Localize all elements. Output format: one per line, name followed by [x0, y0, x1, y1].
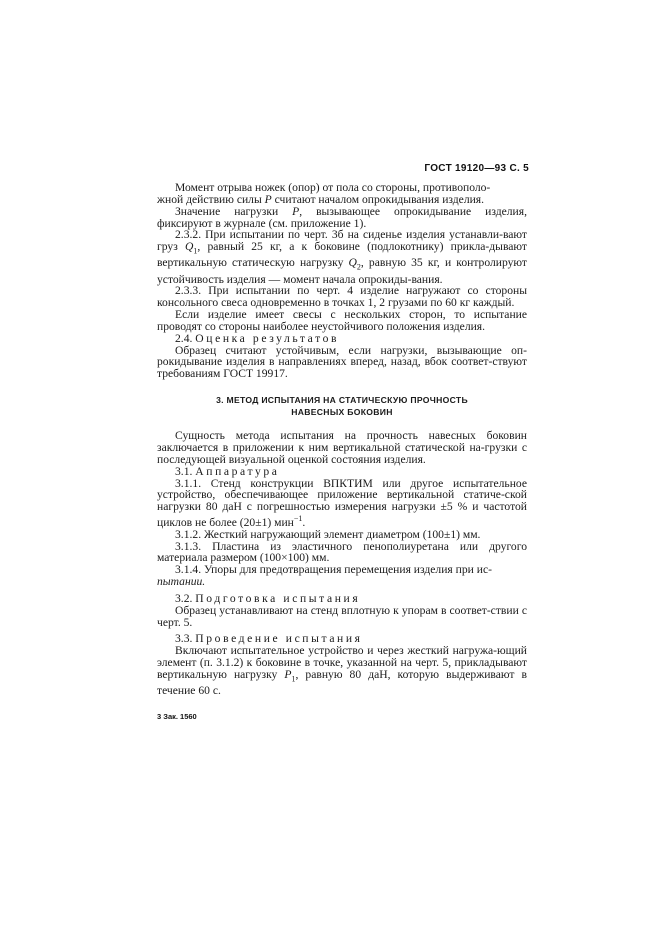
paragraph-2-3-3: 2.3.3. При испытании по черт. 4 изделие …: [157, 285, 527, 309]
running-header: ГОСТ 19120—93 С. 5: [0, 163, 529, 174]
heading-title: Оценка результатов: [195, 332, 339, 345]
section-3-title: 3. МЕТОД ИСПЫТАНИЯ НА СТАТИЧЕСКУЮ ПРОЧНО…: [157, 394, 527, 418]
paragraph-znachenie-nagruzki: Значение нагрузки P, вызывающее опрокиды…: [157, 206, 527, 230]
text: 3.1.4. Упоры для предотвращения перемеще…: [175, 563, 492, 576]
text: 3.1.1. Стенд конструкции ВПКТИМ или друг…: [157, 477, 527, 529]
paragraph-3-1-3: 3.1.3. Пластина из эластичного пенополиу…: [157, 541, 527, 565]
text: пытании.: [157, 575, 205, 588]
paragraph-3-1-2: 3.1.2. Жесткий нагружающий элемент диаме…: [157, 529, 527, 541]
paragraph-3-2: Образец устанавливают на стенд вплотную …: [157, 605, 527, 629]
paragraph-sushchnost: Сущность метода испытания на прочность н…: [157, 430, 527, 466]
paragraph-svesy: Если изделие имеет свесы с нескольких ст…: [157, 309, 527, 333]
paragraph-3-3: Включают испытательное устройство и чере…: [157, 645, 527, 697]
section-title-line: НАВЕСНЫХ БОКОВИН: [291, 407, 392, 417]
paragraph-3-1-4: 3.1.4. Упоры для предотвращения перемеще…: [157, 564, 527, 588]
heading-title: Подготовка испытания: [195, 592, 360, 605]
paragraph-3-1-1: 3.1.1. Стенд конструкции ВПКТИМ или друг…: [157, 478, 527, 529]
variable-q2: Q: [349, 256, 357, 269]
section-title-line: 3. МЕТОД ИСПЫТАНИЯ НА СТАТИЧЕСКУЮ ПРОЧНО…: [216, 395, 468, 405]
heading-number: 3.2.: [175, 592, 192, 605]
document-body: Момент отрыва ножек (опор) от пола со ст…: [157, 182, 527, 697]
document-page: ГОСТ 19120—93 С. 5 Момент отрыва ножек (…: [0, 0, 661, 935]
text: .: [302, 516, 305, 529]
print-order-note: 3 Зак. 1560: [157, 712, 197, 721]
heading-number: 2.4.: [175, 332, 192, 345]
paragraph-obrazec-ustoichiv: Образец считают устойчивым, если нагрузк…: [157, 345, 527, 381]
heading-2-4: 2.4. Оценка результатов: [157, 333, 527, 345]
paragraph-2-3-2: 2.3.2. При испытании по черт. 3б на сиде…: [157, 229, 527, 285]
paragraph-moment-otryva: Момент отрыва ножек (опор) от пола со ст…: [157, 182, 527, 206]
